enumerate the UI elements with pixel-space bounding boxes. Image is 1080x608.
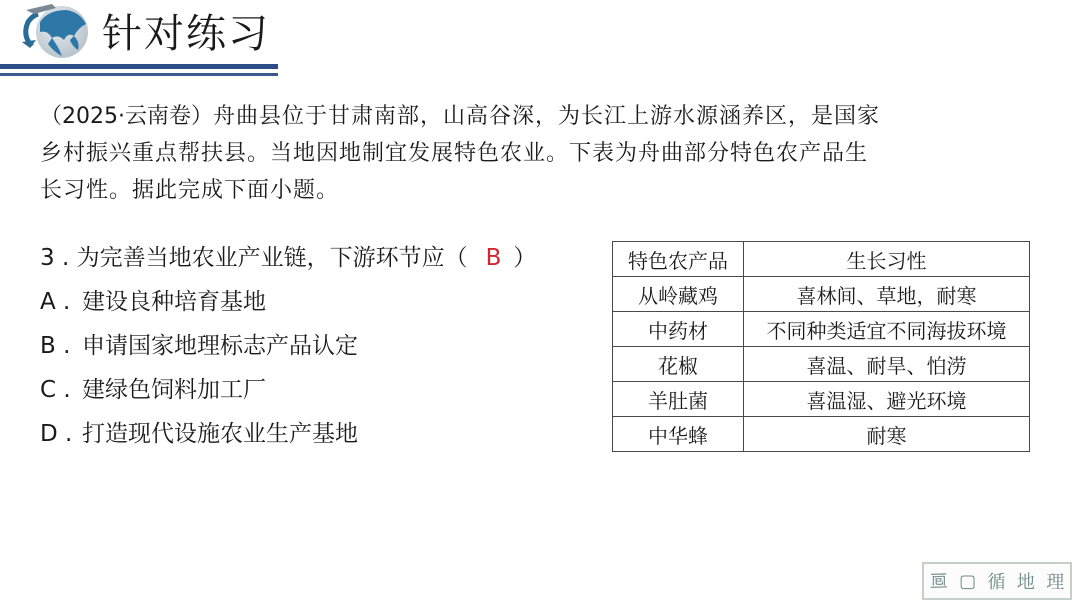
table-row: 花椒 喜温、耐旱、怕涝 xyxy=(613,347,1030,382)
table-row: 中药材 不同种类适宜不同海拔环境 xyxy=(613,312,1030,347)
header-rule-thick xyxy=(0,64,278,69)
table-header-row: 特色农产品 生长习性 xyxy=(613,242,1030,277)
option-c[interactable]: C .建绿色饲料加工厂 xyxy=(40,370,536,414)
table-row: 从岭藏鸡 喜林间、草地，耐寒 xyxy=(613,277,1030,312)
globe-with-arrow-icon xyxy=(8,2,98,62)
growth-habits-table: 特色农产品 生长习性 从岭藏鸡 喜林间、草地，耐寒 中药材 不同种类适宜不同海拔… xyxy=(612,241,1030,452)
slide-header: 针对练习 xyxy=(0,0,1080,80)
question-stem: 3 . 为完善当地农业产业链，下游环节应（B） xyxy=(40,238,536,282)
passage-line-1: （2025·云南卷）舟曲县位于甘肃南部，山高谷深，为长江上游水源涵养区，是国家 xyxy=(40,98,1040,135)
question-passage: （2025·云南卷）舟曲县位于甘肃南部，山高谷深，为长江上游水源涵养区，是国家 … xyxy=(40,98,1040,209)
answer-mark: B xyxy=(486,238,502,278)
option-a[interactable]: A .建设良种培育基地 xyxy=(40,282,536,326)
table-row: 羊肚菌 喜温湿、避光环境 xyxy=(613,382,1030,417)
passage-line-2: 乡村振兴重点帮扶县。当地因地制宜发展特色农业。下表为舟曲部分特色农产品生 xyxy=(40,135,1040,172)
table-row: 中华蜂 耐寒 xyxy=(613,417,1030,452)
page-title: 针对练习 xyxy=(102,8,270,60)
table-header-product: 特色农产品 xyxy=(613,242,744,277)
option-b[interactable]: B .申请国家地理标志产品认定 xyxy=(40,326,536,370)
header-rule-thin xyxy=(0,73,278,76)
passage-line-3: 长习性。据此完成下面小题。 xyxy=(40,172,1040,209)
question-block: 3 . 为完善当地农业产业链，下游环节应（B） A .建设良种培育基地 B .申… xyxy=(40,238,536,458)
watermark-stamp: 𠄢 ▢ 循 地 理 xyxy=(922,562,1072,600)
table-header-habit: 生长习性 xyxy=(744,242,1030,277)
option-d[interactable]: D .打造现代设施农业生产基地 xyxy=(40,414,536,458)
question-source: （2025·云南卷） xyxy=(40,104,213,129)
